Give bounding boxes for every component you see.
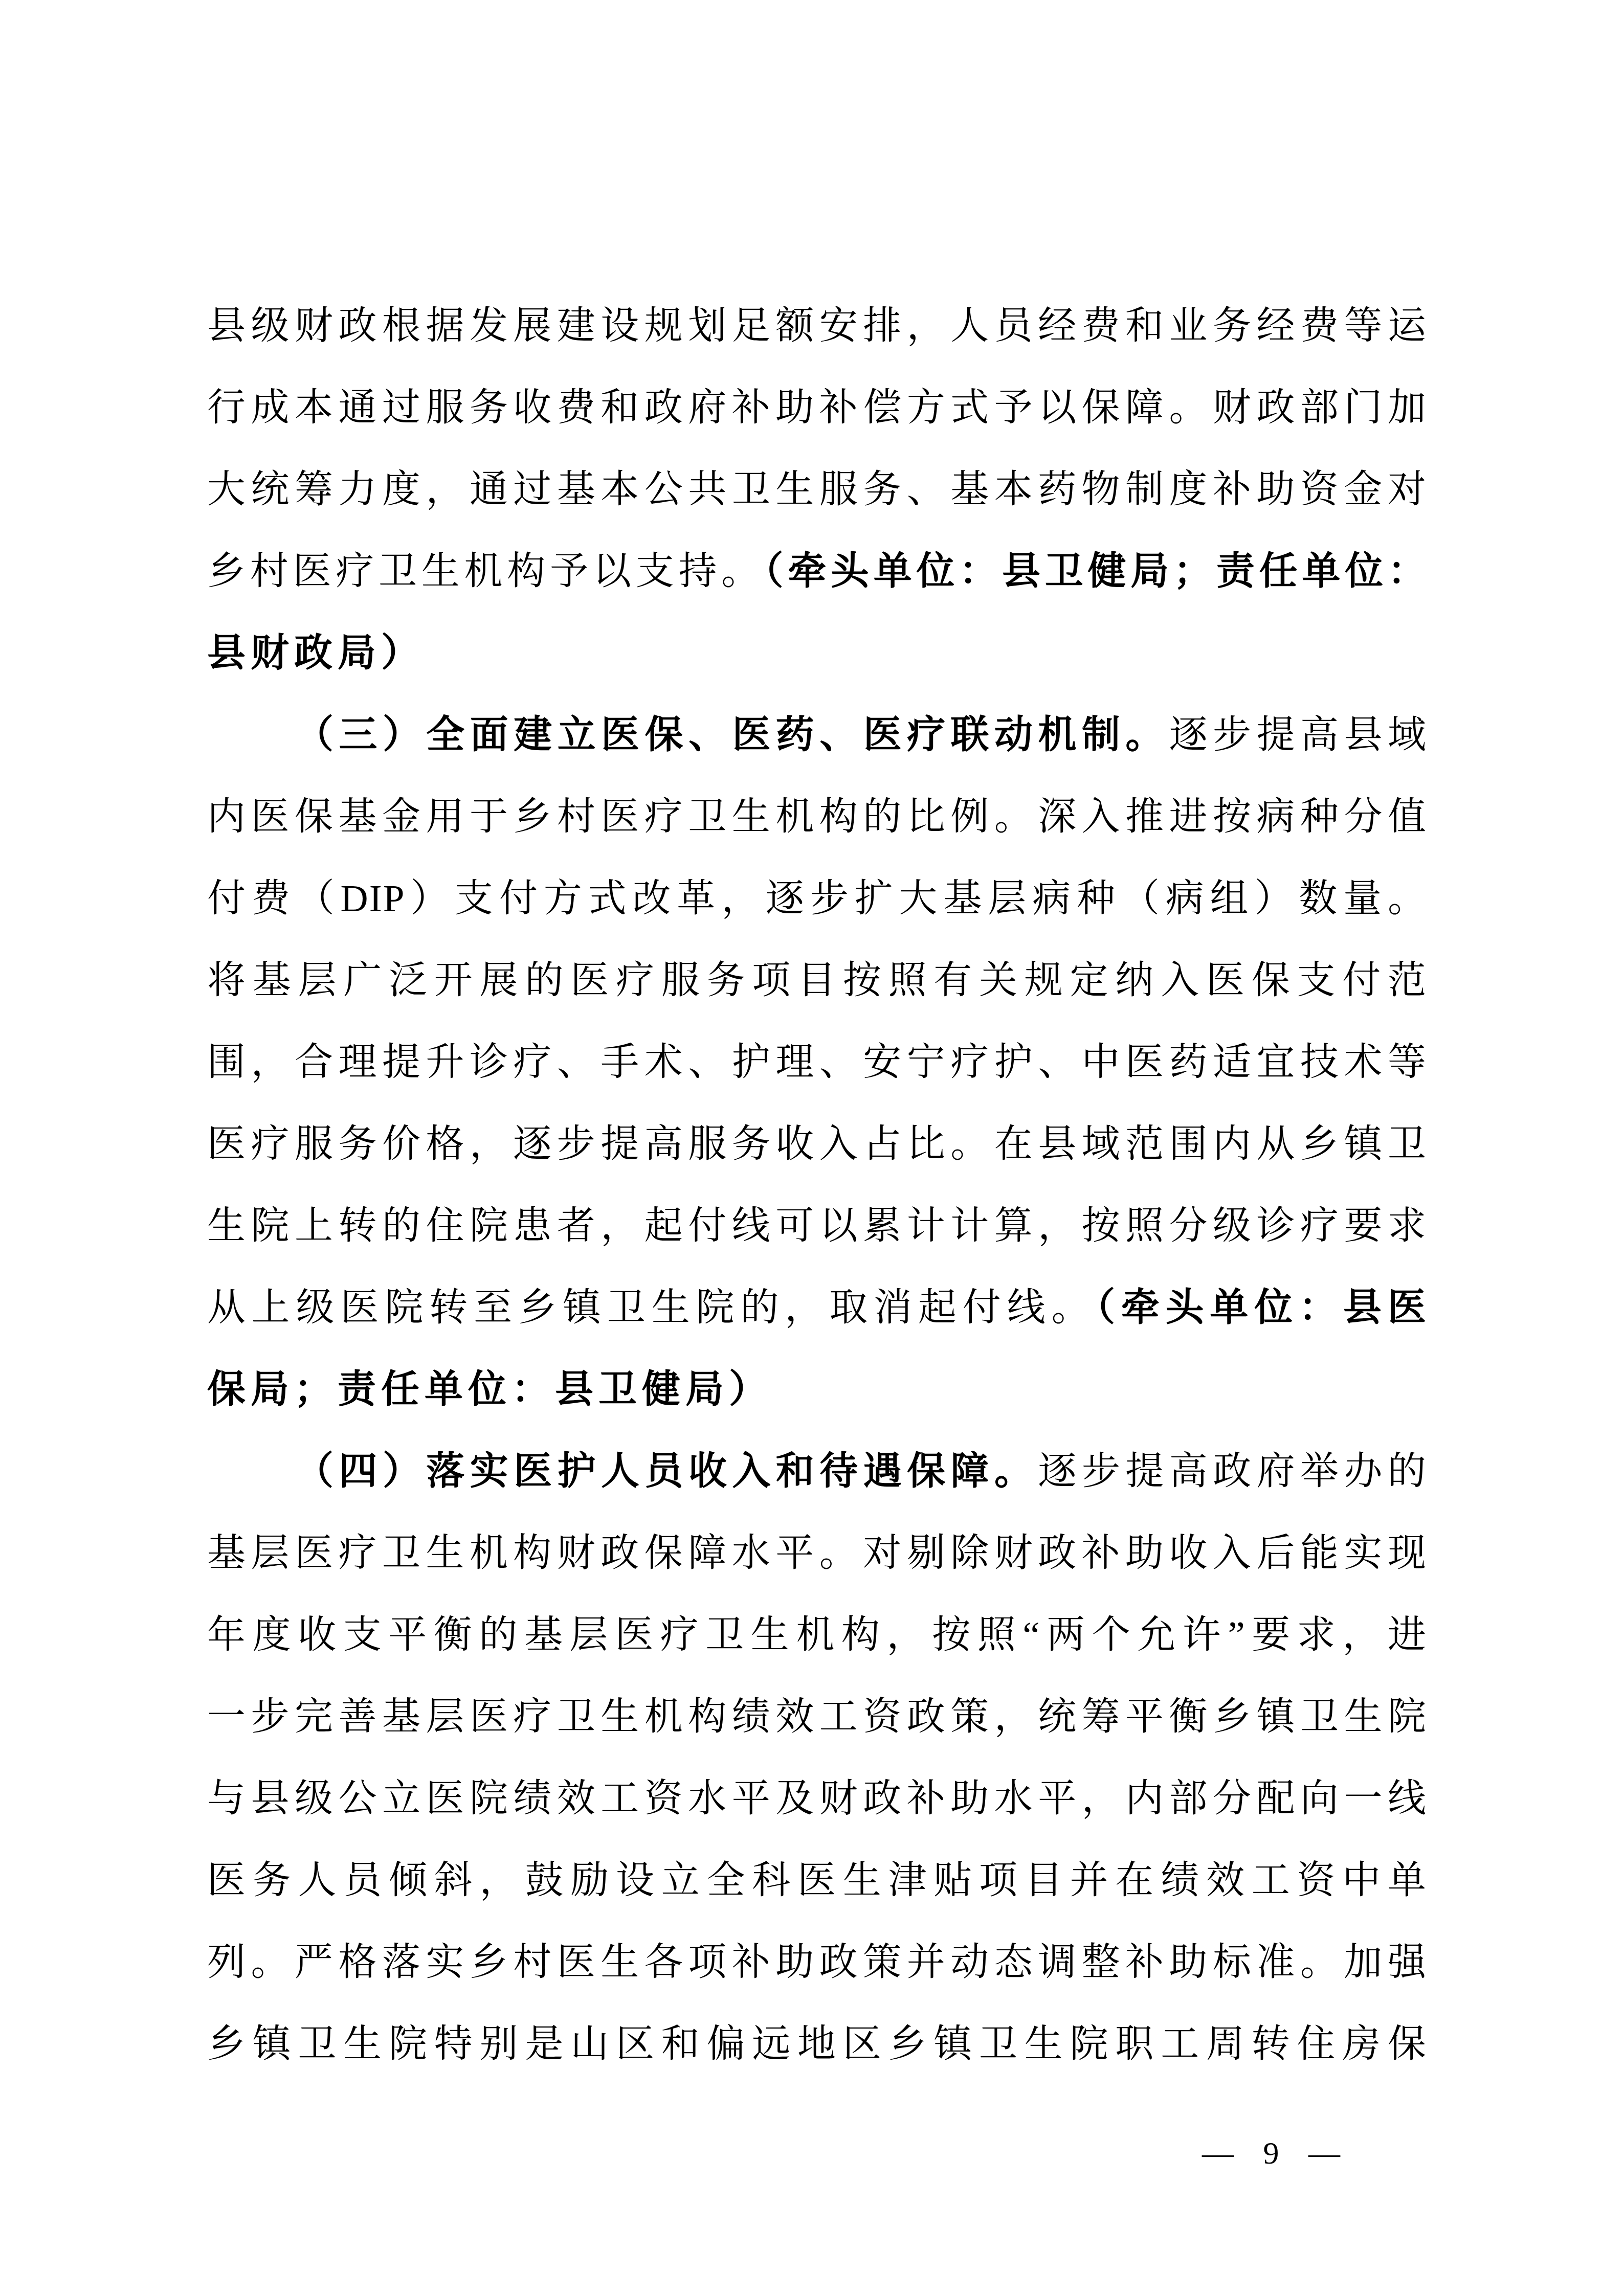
text-segment: 乡镇卫生院特别是山区和偏远地区乡镇卫生院职工周转住房保 bbox=[207, 2023, 1427, 2065]
text-line: 大统筹力度，通过基本公共卫生服务、基本药物制度补助资金对 bbox=[207, 449, 1427, 531]
text-line: （四）落实医护人员收入和待遇保障。逐步提高政府举办的 bbox=[207, 1431, 1427, 1513]
text-line: 付费（DIP）支付方式改革，逐步扩大基层病种（病组）数量。 bbox=[207, 858, 1427, 940]
text-segment: 将基层广泛开展的医疗服务项目按照有关规定纳入医保支付范 bbox=[207, 959, 1427, 1002]
text-segment: （牵头单位：县卫健局；责任单位： bbox=[764, 550, 1427, 593]
text-segment: 付费（DIP）支付方式改革，逐步扩大基层病种（病组）数量。 bbox=[207, 877, 1427, 920]
text-segment: 围，合理提升诊疗、手术、护理、安宁疗护、中医药适宜技术等 bbox=[207, 1041, 1427, 1084]
text-line: 内医保基金用于乡村医疗卫生机构的比例。深入推进按病种分值 bbox=[207, 776, 1427, 858]
text-segment: 逐步提高县域 bbox=[1169, 714, 1427, 756]
text-line: 与县级公立医院绩效工资水平及财政补助水平，内部分配向一线 bbox=[207, 1758, 1427, 1840]
text-segment: 大统筹力度，通过基本公共卫生服务、基本药物制度补助资金对 bbox=[207, 468, 1427, 511]
text-segment: （三）全面建立医保、医药、医疗联动机制。 bbox=[295, 714, 1169, 756]
text-segment: 县级财政根据发展建设规划足额安排，人员经费和业务经费等运 bbox=[207, 305, 1427, 347]
text-segment: 一步完善基层医疗卫生机构绩效工资政策，统筹平衡乡镇卫生院 bbox=[207, 1696, 1427, 1738]
text-line: 生院上转的住院患者，起付线可以累计计算，按照分级诊疗要求 bbox=[207, 1185, 1427, 1267]
document-page: 县级财政根据发展建设规划足额安排，人员经费和业务经费等运行成本通过服务收费和政府… bbox=[0, 0, 1624, 2296]
text-segment: （四）落实医护人员收入和待遇保障。 bbox=[295, 1450, 1038, 1493]
text-segment: 保局；责任单位：县卫健局） bbox=[207, 1368, 772, 1411]
text-segment: 列。严格落实乡村医生各项补助政策并动态调整补助标准。加强 bbox=[207, 1941, 1427, 1984]
text-segment: 内医保基金用于乡村医疗卫生机构的比例。深入推进按病种分值 bbox=[207, 796, 1427, 838]
text-line: 县级财政根据发展建设规划足额安排，人员经费和业务经费等运 bbox=[207, 285, 1427, 367]
text-segment: 生院上转的住院患者，起付线可以累计计算，按照分级诊疗要求 bbox=[207, 1205, 1427, 1247]
text-segment: （牵头单位：县医 bbox=[1096, 1287, 1427, 1329]
text-segment: 乡村医疗卫生机构予以支持。 bbox=[207, 550, 764, 593]
text-line: 医疗服务价格，逐步提高服务收入占比。在县域范围内从乡镇卫 bbox=[207, 1104, 1427, 1185]
text-line: 一步完善基层医疗卫生机构绩效工资政策，统筹平衡乡镇卫生院 bbox=[207, 1676, 1427, 1758]
text-line: （三）全面建立医保、医药、医疗联动机制。逐步提高县域 bbox=[207, 694, 1427, 776]
text-line: 县财政局） bbox=[207, 613, 1427, 694]
text-segment: 基层医疗卫生机构财政保障水平。对剔除财政补助收入后能实现 bbox=[207, 1532, 1427, 1574]
text-line: 基层医疗卫生机构财政保障水平。对剔除财政补助收入后能实现 bbox=[207, 1513, 1427, 1594]
text-segment: 年度收支平衡的基层医疗卫生机构，按照“两个允许”要求，进 bbox=[207, 1614, 1427, 1656]
document-body: 县级财政根据发展建设规划足额安排，人员经费和业务经费等运行成本通过服务收费和政府… bbox=[207, 285, 1427, 2085]
text-line: 医务人员倾斜，鼓励设立全科医生津贴项目并在绩效工资中单 bbox=[207, 1840, 1427, 1922]
text-line: 乡村医疗卫生机构予以支持。（牵头单位：县卫健局；责任单位： bbox=[207, 531, 1427, 613]
text-segment: 从上级医院转至乡镇卫生院的，取消起付线。 bbox=[207, 1287, 1096, 1329]
text-segment: 医务人员倾斜，鼓励设立全科医生津贴项目并在绩效工资中单 bbox=[207, 1859, 1427, 1902]
text-segment: 县财政局） bbox=[207, 632, 425, 674]
text-segment: 逐步提高政府举办的 bbox=[1038, 1450, 1427, 1493]
text-line: 乡镇卫生院特别是山区和偏远地区乡镇卫生院职工周转住房保 bbox=[207, 2004, 1427, 2085]
text-line: 将基层广泛开展的医疗服务项目按照有关规定纳入医保支付范 bbox=[207, 940, 1427, 1022]
text-line: 围，合理提升诊疗、手术、护理、安宁疗护、中医药适宜技术等 bbox=[207, 1022, 1427, 1104]
text-segment: 医疗服务价格，逐步提高服务收入占比。在县域范围内从乡镇卫 bbox=[207, 1123, 1427, 1165]
text-line: 列。严格落实乡村医生各项补助政策并动态调整补助标准。加强 bbox=[207, 1922, 1427, 2004]
text-line: 从上级医院转至乡镇卫生院的，取消起付线。（牵头单位：县医 bbox=[207, 1267, 1427, 1349]
text-line: 年度收支平衡的基层医疗卫生机构，按照“两个允许”要求，进 bbox=[207, 1594, 1427, 1676]
text-line: 行成本通过服务收费和政府补助补偿方式予以保障。财政部门加 bbox=[207, 367, 1427, 449]
text-segment: 行成本通过服务收费和政府补助补偿方式予以保障。财政部门加 bbox=[207, 387, 1427, 429]
page-number: — 9 — bbox=[1202, 2135, 1343, 2172]
text-line: 保局；责任单位：县卫健局） bbox=[207, 1349, 1427, 1431]
text-segment: 与县级公立医院绩效工资水平及财政补助水平，内部分配向一线 bbox=[207, 1777, 1427, 1820]
